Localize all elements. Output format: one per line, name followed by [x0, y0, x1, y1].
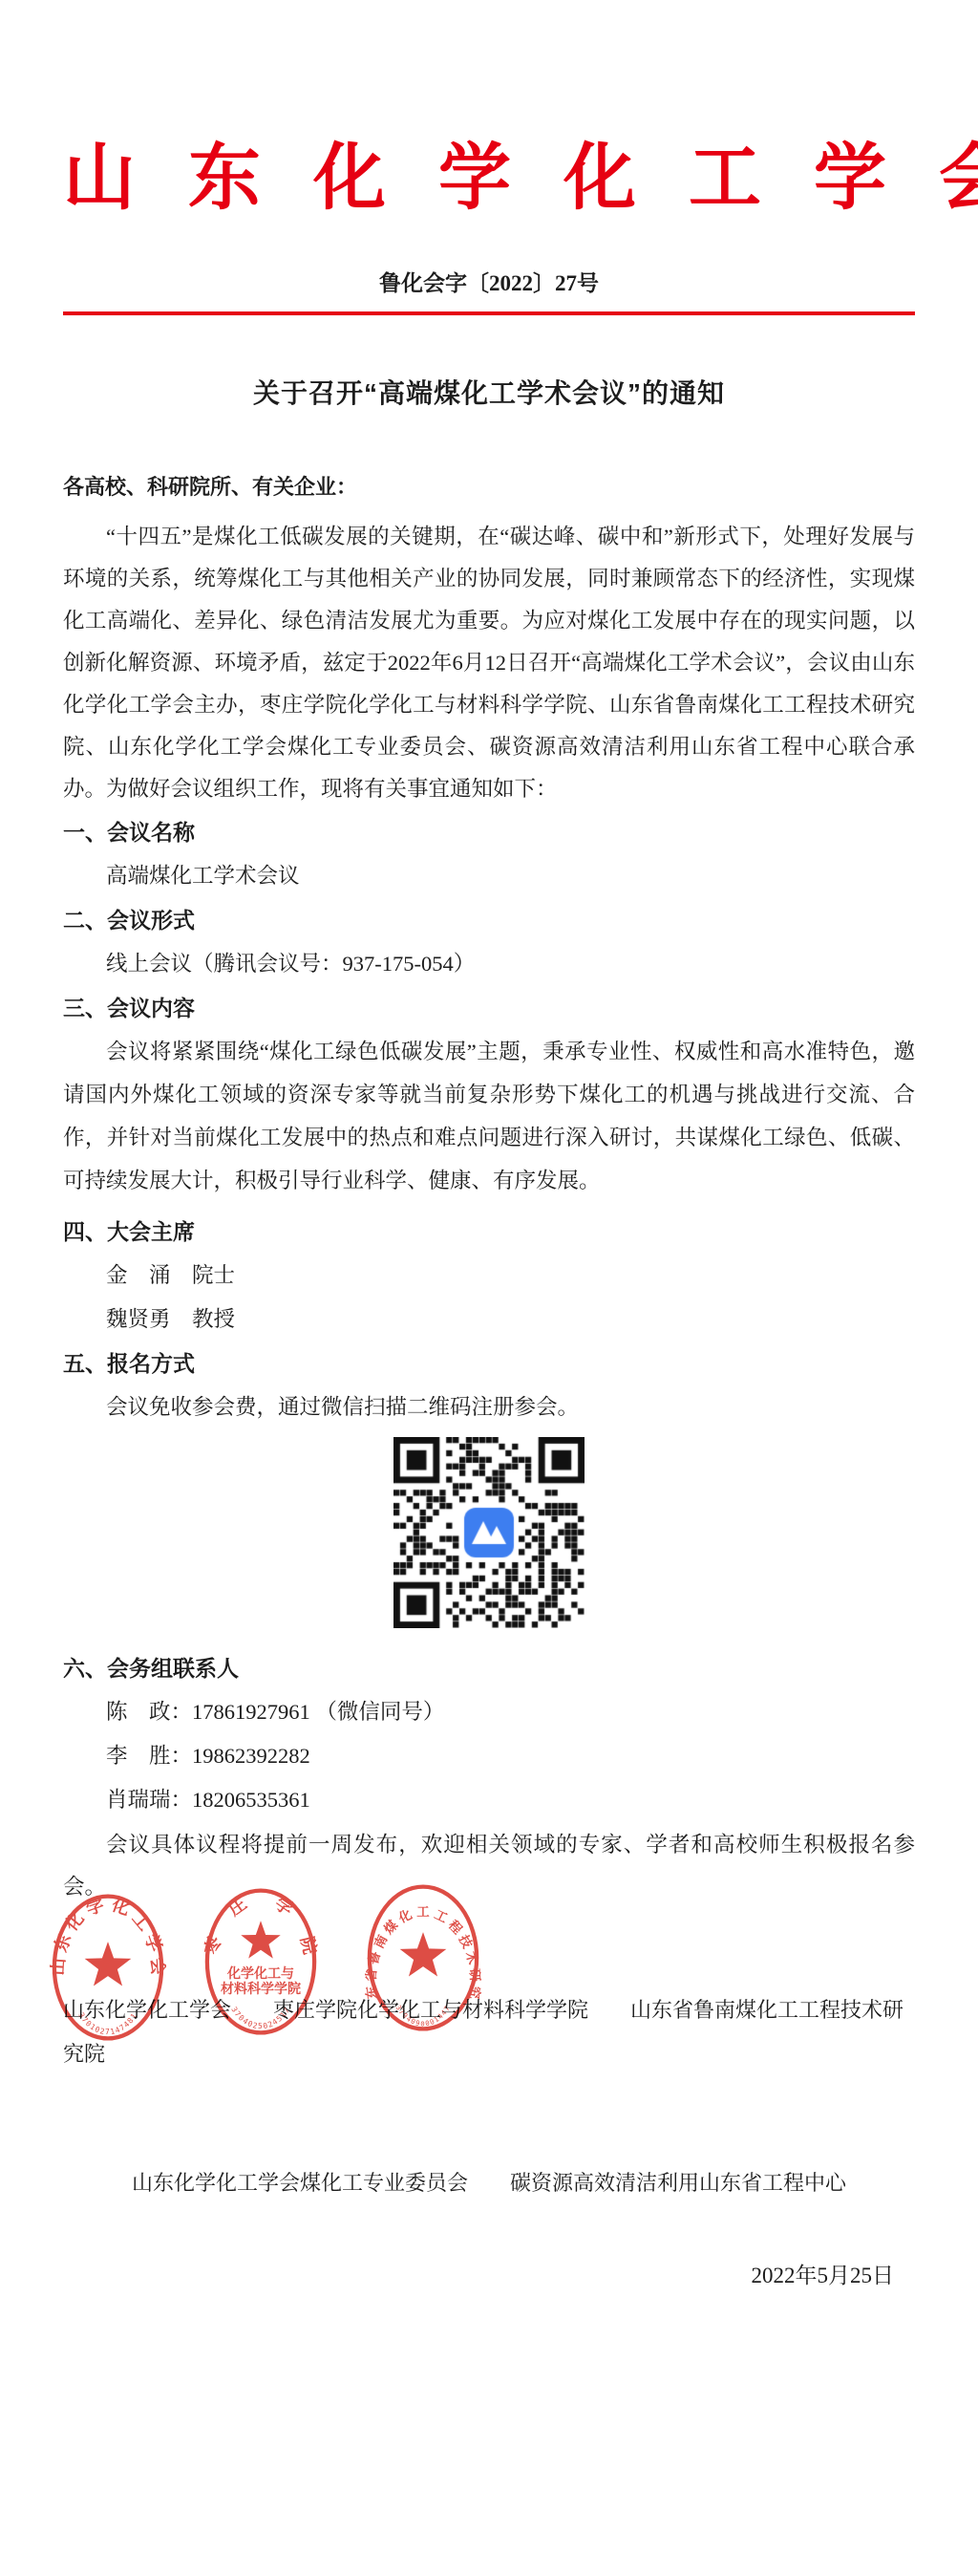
- section-3-body: 会议将紧紧围绕“煤化工绿色低碳发展”主题，秉承专业性、权威性和高水准特色，邀请国…: [63, 1030, 915, 1202]
- org-title: 山 东 化 学 化 工 学 会: [63, 0, 915, 220]
- contact-line: 陈 政：17861927961 （微信同号）: [63, 1690, 915, 1734]
- doc-number: 鲁化会字〔2022〕27号: [63, 266, 915, 297]
- section-4-heading: 四、大会主席: [63, 1210, 915, 1254]
- seal-center-text: 材料科学学院: [221, 1981, 301, 1996]
- salutation: 各高校、科研院所、有关企业：: [63, 466, 915, 508]
- section-5-heading: 五、报名方式: [63, 1342, 915, 1385]
- red-divider-line: [63, 311, 915, 315]
- document-date: 2022年5月25日: [63, 2258, 915, 2289]
- section-6-heading: 六、会务组联系人: [63, 1646, 915, 1690]
- qr-code-container: [63, 1437, 915, 1633]
- seal-star-icon: [241, 1921, 280, 1958]
- co-organizers-line: 山东化学化工学会煤化工专业委员会 碳资源高效清洁利用山东省工程中心: [63, 2168, 915, 2199]
- section-2-body: 线上会议（腾讯会议号：937-175-054）: [63, 942, 915, 986]
- section-1-heading: 一、会议名称: [63, 810, 915, 854]
- seal-center-text: 化学化工与: [226, 1965, 294, 1981]
- section-2-heading: 二、会议形式: [63, 898, 915, 942]
- contact-line: 李 胜：19862392282: [63, 1734, 915, 1778]
- signing-organizations: 山东化学化工学会 枣庄学院化学化工与材料科学学院 山东省鲁南煤化工工程技术研究院: [63, 1988, 915, 2076]
- signature-block: 山东化学化工学会 枣庄学院化学化工与材料科学学院 山东省鲁南煤化工工程技术研究院…: [63, 1988, 915, 2076]
- seal-star-icon: [400, 1932, 447, 1976]
- document-page: 山 东 化 学 化 工 学 会 鲁化会字〔2022〕27号 关于召开“高端煤化工…: [63, 0, 915, 2289]
- registration-qr-code: [393, 1437, 585, 1628]
- closing-paragraph: 会议具体议程将提前一周发布，欢迎相关领域的专家、学者和高校师生积极报名参会。: [63, 1824, 915, 1908]
- section-3-heading: 三、会议内容: [63, 986, 915, 1030]
- notice-title: 关于召开“高端煤化工学术会议”的通知: [63, 373, 915, 411]
- chairman-line: 金 涌 院士: [63, 1254, 915, 1298]
- official-seal-zaozhuang-college: 枣庄学院 化学化工与 材料科学学院 3704025024517: [202, 1885, 319, 2038]
- intro-paragraph: “十四五”是煤化工低碳发展的关键期，在“碳达峰、碳中和”新形式下，处理好发展与环…: [63, 516, 915, 810]
- official-seal-lunan-research-institute: 山东省鲁南煤化工工程技术研究院 3704090001447: [365, 1881, 481, 2034]
- section-1-body: 高端煤化工学术会议: [63, 854, 915, 898]
- official-seal-shandong-society: 山东化学化工学会 3701027147481: [50, 1891, 166, 2044]
- section-5-body: 会议免收参会费，通过微信扫描二维码注册参会。: [63, 1385, 915, 1429]
- chairman-line: 魏贤勇 教授: [63, 1298, 915, 1342]
- contact-line: 肖瑞瑞：18206535361: [63, 1778, 915, 1822]
- seal-star-icon: [85, 1942, 132, 1986]
